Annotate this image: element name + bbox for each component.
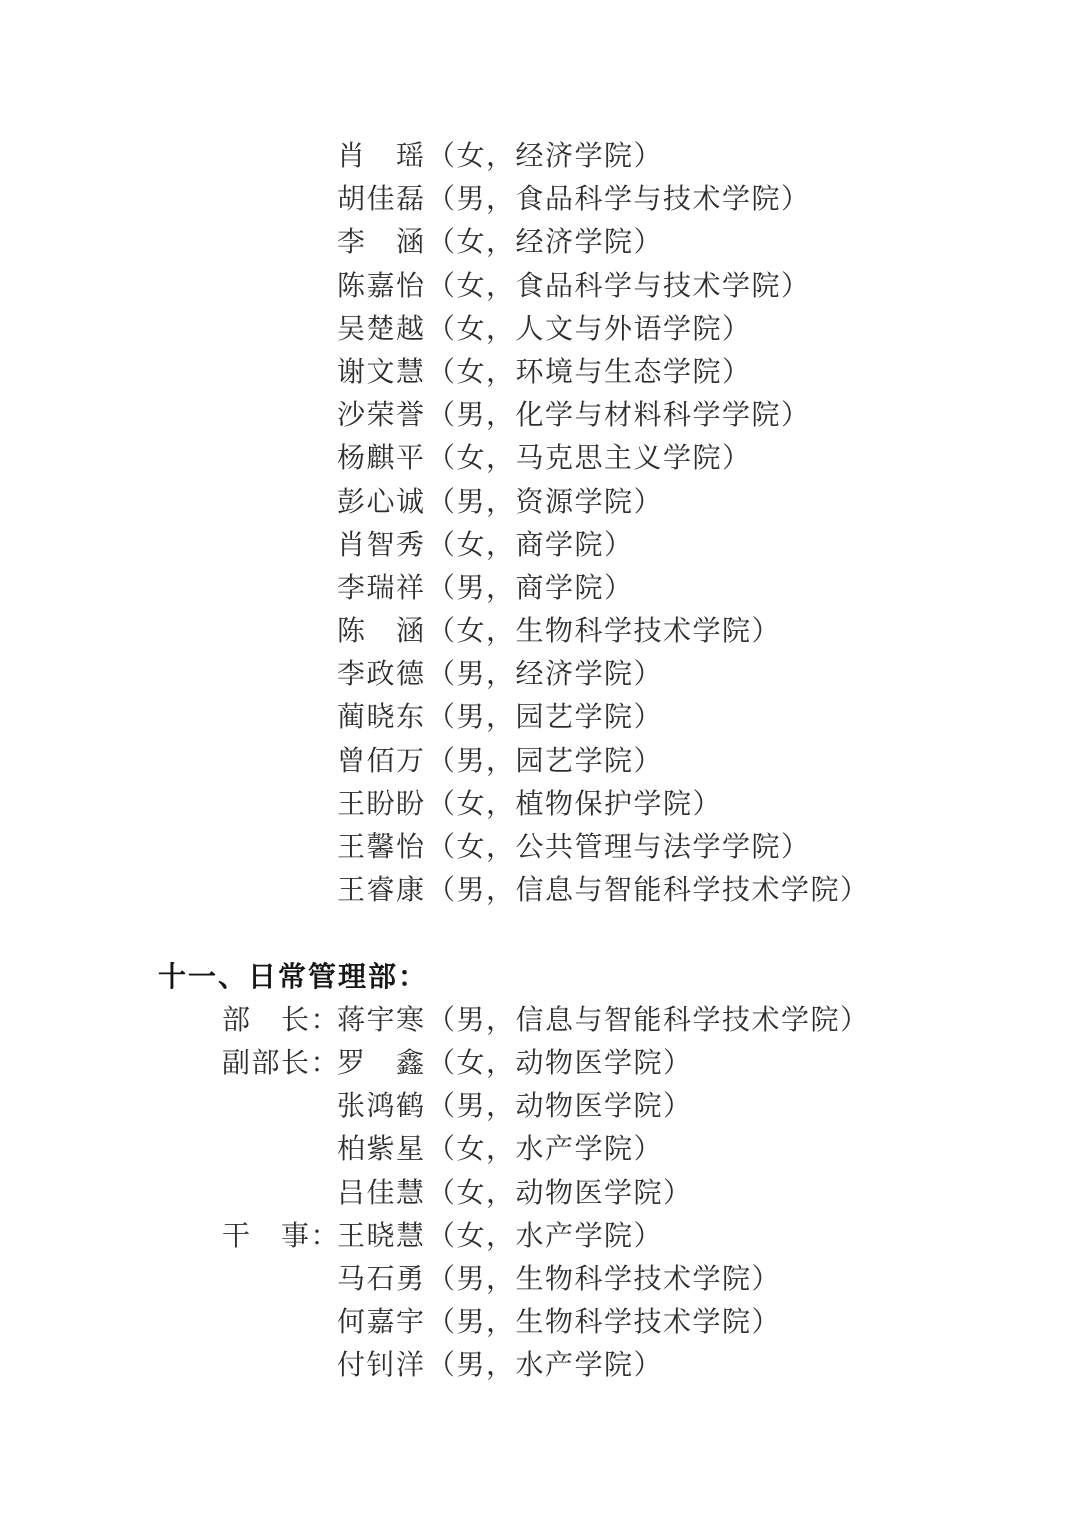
member-entry: 彭心诚（男，资源学院） — [337, 481, 1074, 524]
member-detail: （男，水产学院） — [427, 1350, 663, 1381]
member-entry: 肖 瑶（女，经济学院） — [337, 135, 1074, 178]
member-name: 沙荣誉 — [337, 394, 427, 437]
member-name: 吴楚越 — [337, 308, 427, 351]
member-detail: （女，马克思主义学院） — [427, 443, 752, 474]
member-entry: 陈嘉怡（女，食品科学与技术学院） — [337, 265, 1074, 308]
member-name: 蒋宇寒 — [337, 999, 427, 1042]
member-entry: 何嘉宇（男，生物科学技术学院） — [222, 1301, 1074, 1344]
member-name: 陈嘉怡 — [337, 265, 427, 308]
member-detail: （女，商学院） — [427, 530, 634, 561]
member-detail: （男，动物医学院） — [427, 1091, 693, 1122]
member-name: 李瑞祥 — [337, 567, 427, 610]
member-name: 肖智秀 — [337, 524, 427, 567]
blank-line — [0, 912, 1074, 955]
member-name: 何嘉宇 — [337, 1301, 427, 1344]
member-detail: （男，商学院） — [427, 573, 634, 604]
role-label: 部 长： — [222, 999, 337, 1042]
member-detail: （女，动物医学院） — [427, 1048, 693, 1079]
member-name: 王睿康 — [337, 869, 427, 912]
member-detail: （女，动物医学院） — [427, 1178, 693, 1209]
member-entry: 李政德（男，经济学院） — [337, 653, 1074, 696]
member-detail: （女，生物科学技术学院） — [427, 616, 781, 647]
member-detail: （男，园艺学院） — [427, 702, 663, 733]
member-detail: （女，植物保护学院） — [427, 789, 722, 820]
member-name: 李政德 — [337, 653, 427, 696]
member-entry: 部 长：蒋宇寒（男，信息与智能科学技术学院） — [222, 999, 1074, 1042]
member-name: 罗 鑫 — [337, 1042, 427, 1085]
member-entry: 杨麒平（女，马克思主义学院） — [337, 437, 1074, 480]
member-detail: （男，信息与智能科学技术学院） — [427, 1005, 870, 1036]
member-name: 吕佳慧 — [337, 1172, 427, 1215]
role-label: 副部长： — [222, 1042, 337, 1085]
member-detail: （男，园艺学院） — [427, 746, 663, 777]
member-entry: 沙荣誉（男，化学与材料科学学院） — [337, 394, 1074, 437]
member-detail: （男，信息与智能科学技术学院） — [427, 875, 870, 906]
member-entry: 副部长：罗 鑫（女，动物医学院） — [222, 1042, 1074, 1085]
member-entry: 王盼盼（女，植物保护学院） — [337, 783, 1074, 826]
member-entry: 李 涵（女，经济学院） — [337, 221, 1074, 264]
role-label: 干 事： — [222, 1215, 337, 1258]
member-entry: 吕佳慧（女，动物医学院） — [222, 1172, 1074, 1215]
member-entry: 柏紫星（女，水产学院） — [222, 1128, 1074, 1171]
member-detail: （男，经济学院） — [427, 659, 663, 690]
member-entry: 肖智秀（女，商学院） — [337, 524, 1074, 567]
member-entry: 陈 涵（女，生物科学技术学院） — [337, 610, 1074, 653]
member-entry: 付钊洋（男，水产学院） — [222, 1344, 1074, 1387]
department-role-list: 部 长：蒋宇寒（男，信息与智能科学技术学院）副部长：罗 鑫（女，动物医学院）张鸿… — [0, 999, 1074, 1388]
member-detail: （女，食品科学与技术学院） — [427, 271, 811, 302]
member-detail: （男，生物科学技术学院） — [427, 1307, 781, 1338]
member-detail: （女，环境与生态学院） — [427, 357, 752, 388]
member-name: 曾佰万 — [337, 740, 427, 783]
member-entry: 干 事：王晓慧（女，水产学院） — [222, 1215, 1074, 1258]
member-detail: （男，生物科学技术学院） — [427, 1264, 781, 1295]
member-name: 彭心诚 — [337, 481, 427, 524]
member-name: 柏紫星 — [337, 1128, 427, 1171]
member-name: 付钊洋 — [337, 1344, 427, 1387]
member-detail: （女，人文与外语学院） — [427, 314, 752, 345]
member-detail: （女，水产学院） — [427, 1134, 663, 1165]
document-page: 肖 瑶（女，经济学院）胡佳磊（男，食品科学与技术学院）李 涵（女，经济学院）陈嘉… — [0, 0, 1074, 1520]
member-detail: （女，水产学院） — [427, 1221, 663, 1252]
member-name: 王晓慧 — [337, 1215, 427, 1258]
member-entry: 李瑞祥（男，商学院） — [337, 567, 1074, 610]
member-detail: （女，公共管理与法学学院） — [427, 832, 811, 863]
member-name: 谢文慧 — [337, 351, 427, 394]
member-entry: 马石勇（男，生物科学技术学院） — [222, 1258, 1074, 1301]
member-name: 张鸿鹤 — [337, 1085, 427, 1128]
member-detail: （男，食品科学与技术学院） — [427, 184, 811, 215]
member-entry: 蔺晓东（男，园艺学院） — [337, 696, 1074, 739]
member-entry: 王睿康（男，信息与智能科学技术学院） — [337, 869, 1074, 912]
member-name: 马石勇 — [337, 1258, 427, 1301]
section-heading: 十一、日常管理部： — [158, 956, 1074, 999]
member-name: 胡佳磊 — [337, 178, 427, 221]
page-content: 肖 瑶（女，经济学院）胡佳磊（男，食品科学与技术学院）李 涵（女，经济学院）陈嘉… — [0, 135, 1074, 1387]
member-detail: （女，经济学院） — [427, 141, 663, 172]
member-entry: 谢文慧（女，环境与生态学院） — [337, 351, 1074, 394]
member-list-continued: 肖 瑶（女，经济学院）胡佳磊（男，食品科学与技术学院）李 涵（女，经济学院）陈嘉… — [0, 135, 1074, 912]
member-name: 李 涵 — [337, 221, 427, 264]
member-name: 王盼盼 — [337, 783, 427, 826]
member-name: 蔺晓东 — [337, 696, 427, 739]
member-name: 陈 涵 — [337, 610, 427, 653]
member-entry: 胡佳磊（男，食品科学与技术学院） — [337, 178, 1074, 221]
member-entry: 张鸿鹤（男，动物医学院） — [222, 1085, 1074, 1128]
member-detail: （女，经济学院） — [427, 227, 663, 258]
member-entry: 王馨怡（女，公共管理与法学学院） — [337, 826, 1074, 869]
member-name: 王馨怡 — [337, 826, 427, 869]
member-entry: 吴楚越（女，人文与外语学院） — [337, 308, 1074, 351]
member-name: 杨麒平 — [337, 437, 427, 480]
member-detail: （男，化学与材料科学学院） — [427, 400, 811, 431]
member-name: 肖 瑶 — [337, 135, 427, 178]
member-detail: （男，资源学院） — [427, 487, 663, 518]
member-entry: 曾佰万（男，园艺学院） — [337, 740, 1074, 783]
